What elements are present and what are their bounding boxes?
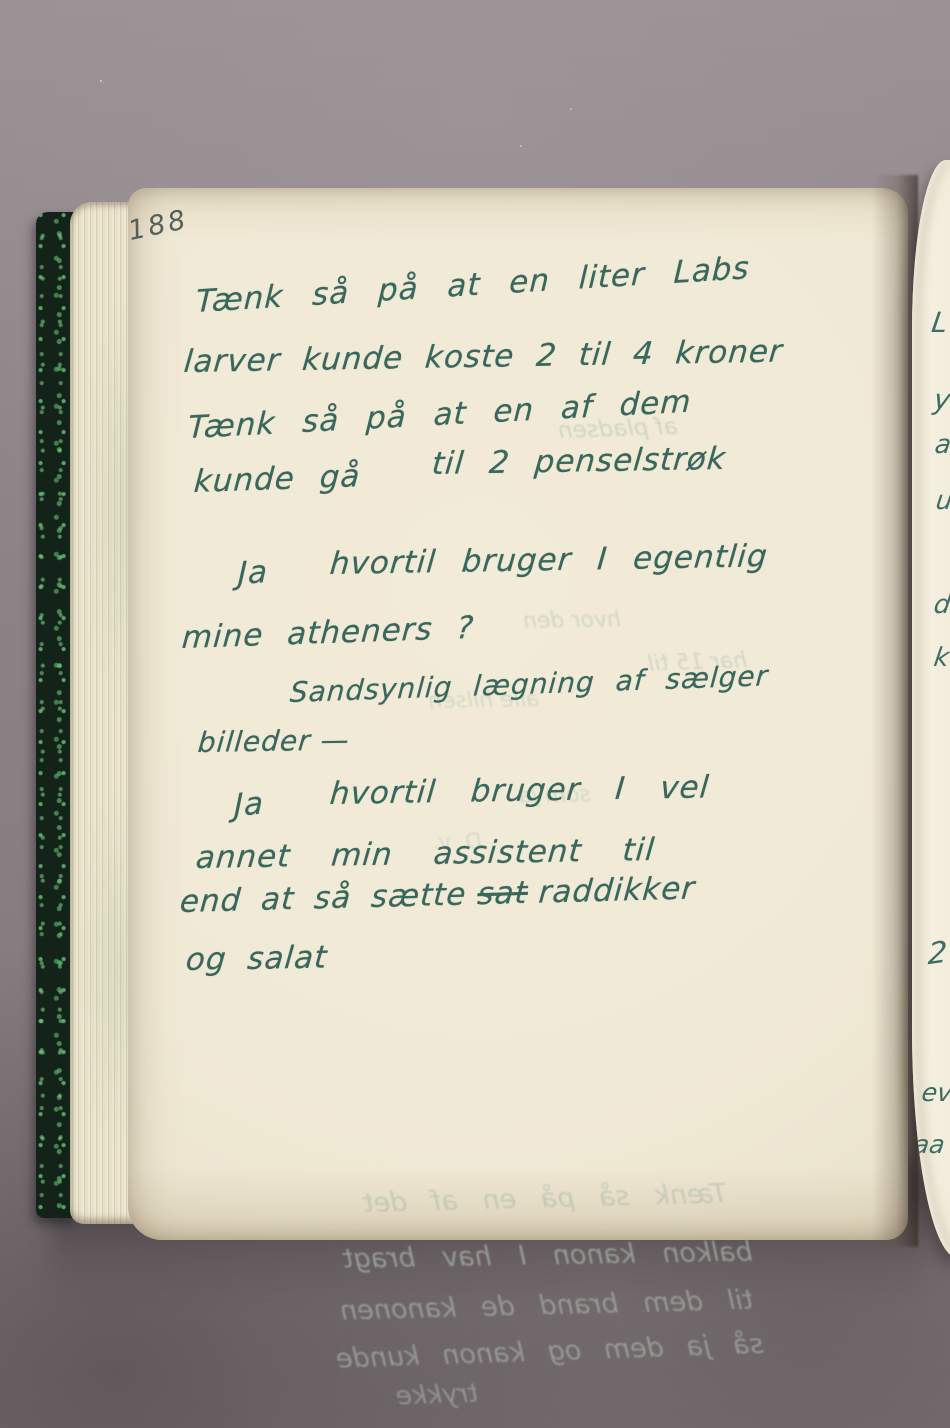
handwriting-line: Ja (237, 554, 268, 592)
bleedthrough-line: trykke (396, 1379, 479, 1412)
handwriting-text: end at så sætte (179, 876, 468, 920)
facing-page-edge: L y a u d k 2 ev aa (912, 160, 950, 1258)
facing-page-glyph: aa (912, 1130, 947, 1159)
handwriting-line: hvortil bruger I vel (328, 769, 710, 812)
facing-page-glyph: d (932, 590, 950, 620)
facing-page-glyph: L (930, 306, 950, 339)
handwriting-line: hvortil bruger I egentlig (328, 538, 769, 582)
handwriting-text: raddikker (537, 870, 696, 910)
photo-scene: af pladsen hvor den har 15 til alle hils… (0, 0, 950, 1428)
facing-page-glyph: k (932, 643, 950, 673)
handwriting-line: og salat (184, 940, 329, 979)
handwriting-line: billeder — (197, 723, 352, 759)
facing-page-glyph: a (933, 430, 950, 460)
handwriting-line: kunde gå (193, 458, 362, 500)
facing-page-glyph: ev (920, 1078, 950, 1107)
facing-page-glyph: u (934, 486, 950, 516)
facing-page-glyph: 2 (927, 935, 948, 972)
bleedthrough-line: Tænk så på en af det (363, 1178, 728, 1219)
handwriting-line: Ja (234, 785, 265, 824)
handwriting-line: til 2 penselstrøk (430, 441, 727, 482)
handwriting-struck-word: sat (476, 875, 529, 912)
bleedthrough-line: hvor den (523, 607, 621, 634)
dust-specks (100, 80, 102, 82)
facing-page-glyph: y (932, 383, 950, 416)
